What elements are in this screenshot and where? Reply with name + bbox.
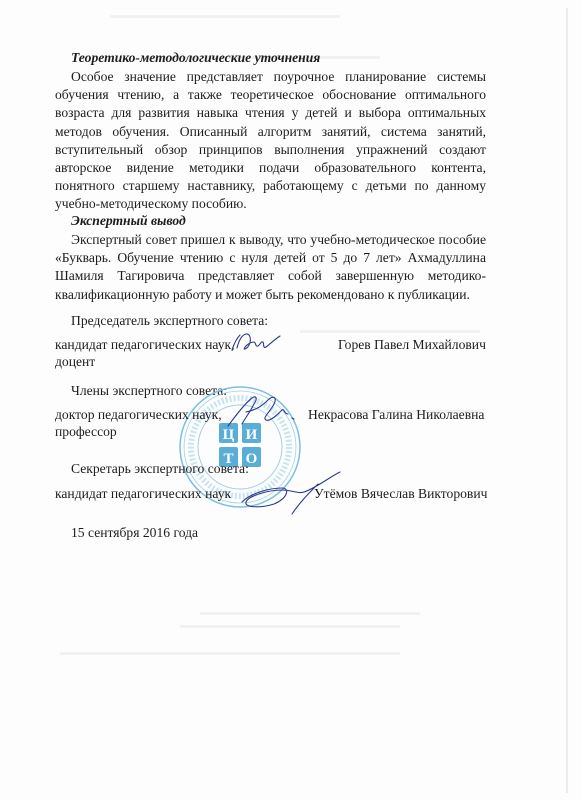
member-name: Некрасова Галина Николаевна — [308, 407, 484, 423]
section-heading-methodology: Теоретико-методологические уточнения — [71, 50, 320, 66]
member-signature — [222, 392, 302, 432]
chairman-role-label: Председатель экспертного совета: — [71, 313, 268, 329]
secretary-role-label: Секретарь экспертного совета: — [71, 461, 249, 477]
bleed-through — [180, 625, 400, 628]
section-heading-expert-conclusion: Экспертный вывод — [71, 213, 186, 229]
chairman-title: доцент — [55, 354, 95, 370]
bleed-through — [60, 652, 400, 655]
scanned-page: Теоретико-методологические уточнения Осо… — [0, 0, 581, 800]
chairman-signature — [228, 330, 284, 356]
member-degree: доктор педагогических наук, — [55, 407, 222, 423]
bleed-through — [300, 330, 480, 333]
member-title: профессор — [55, 424, 117, 440]
secretary-signature — [238, 468, 348, 518]
bleed-through — [200, 612, 420, 615]
document-date: 15 сентября 2016 года — [71, 525, 198, 541]
bleed-through — [110, 15, 340, 18]
section-paragraph-expert-conclusion: Экспертный совет пришел к выводу, что уч… — [55, 231, 486, 304]
chairman-name: Горев Павел Михайлович — [338, 337, 486, 353]
secretary-degree: кандидат педагогических наук — [55, 486, 231, 502]
section-paragraph-methodology: Особое значение представляет поурочное п… — [55, 68, 486, 214]
chairman-degree: кандидат педагогических наук, — [55, 337, 235, 353]
page-edge-shadow — [566, 8, 568, 793]
